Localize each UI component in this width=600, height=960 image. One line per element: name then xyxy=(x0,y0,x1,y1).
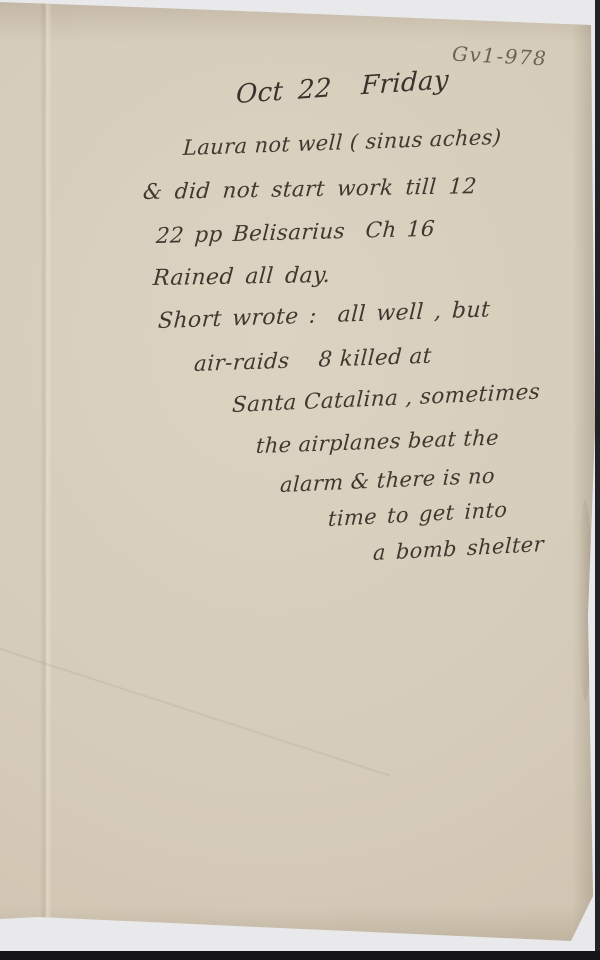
diary-line-bomb-shelter: a bomb shelter xyxy=(373,532,545,565)
paper-top-shadow xyxy=(0,0,600,46)
diary-line-time: time to get into xyxy=(328,498,508,531)
date-heading: Oct 22 Friday xyxy=(235,65,449,110)
diary-line-start-work: & did not start work till 12 xyxy=(142,174,478,205)
diary-line-belisarius: 22 pp Belisarius Ch 16 xyxy=(155,217,436,249)
scanner-background: Gv1-978 Oct 22 Friday Laura not well ( s… xyxy=(0,0,600,960)
paper-edge-curl xyxy=(578,500,592,700)
paper-fold-crease xyxy=(40,0,52,930)
diary-line-alarm: alarm & there is no xyxy=(279,464,495,497)
paper-bottom-shadow xyxy=(0,906,600,942)
archive-code: Gv1-978 xyxy=(451,42,548,71)
diary-line-airplanes: the airplanes beat the xyxy=(255,425,499,458)
diary-line-santa-catalina: Santa Catalina , sometimes xyxy=(231,380,540,419)
paper-diagonal-crease xyxy=(0,642,390,777)
diary-line-short-wrote: Short wrote : all well , but xyxy=(157,297,491,334)
diary-line-air-raids: air-raids 8 killed at xyxy=(193,344,432,377)
diary-line-laura: Laura not well ( sinus aches) xyxy=(182,125,502,160)
diary-line-rained: Rained all day. xyxy=(152,263,331,291)
scan-edge-bottom xyxy=(0,951,600,960)
manuscript-page: Gv1-978 Oct 22 Friday Laura not well ( s… xyxy=(0,0,600,960)
scan-edge-right xyxy=(595,0,600,960)
